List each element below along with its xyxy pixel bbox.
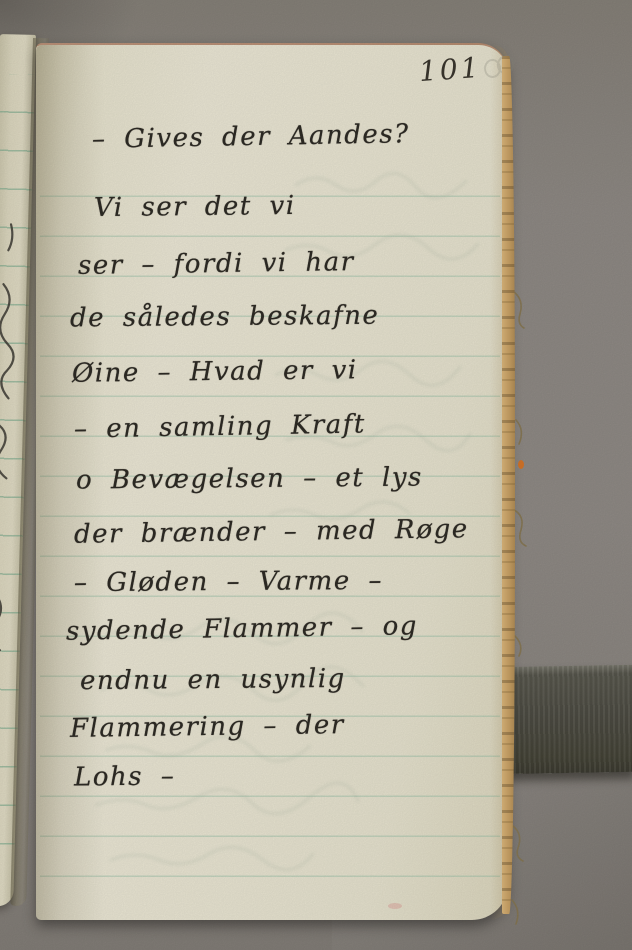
torn-page-edge [502,56,515,914]
handwriting-line-11: endnu en usynlig [80,664,346,696]
handwriting-line-8: der brænder – med Røge [74,514,469,550]
notebook-page: 101 – Gives der Aandes? Vi ser det vi se… [36,43,508,920]
handwriting-line-5: Øine – Hvad er vi [72,355,358,388]
handwriting-line-3: ser – fordi vi har [78,247,355,281]
handwriting-line-1: – Gives der Aandes? [92,119,410,155]
handwriting-line-9: – Gløden – Varme – [74,566,383,598]
photograph-backdrop: 101 – Gives der Aandes? Vi ser det vi se… [0,0,632,950]
handwriting-line-6: – en samling Kraft [74,409,366,444]
handwriting-line-10: sydende Flammer – og [66,611,418,647]
handwriting-line-4: de således beskafne [70,301,380,334]
page-number: 101 [418,51,483,88]
handwriting-line-7: o Bevægelsen – et lys [76,462,423,495]
handwriting-line-2: Vi ser det vi [94,191,296,223]
rust-spot [518,460,524,469]
metal-strap [497,665,632,774]
handwriting-line-13: Lohs – [74,761,176,792]
handwriting-line-12: Flammering – der [70,710,345,744]
pink-smudge [388,903,402,909]
